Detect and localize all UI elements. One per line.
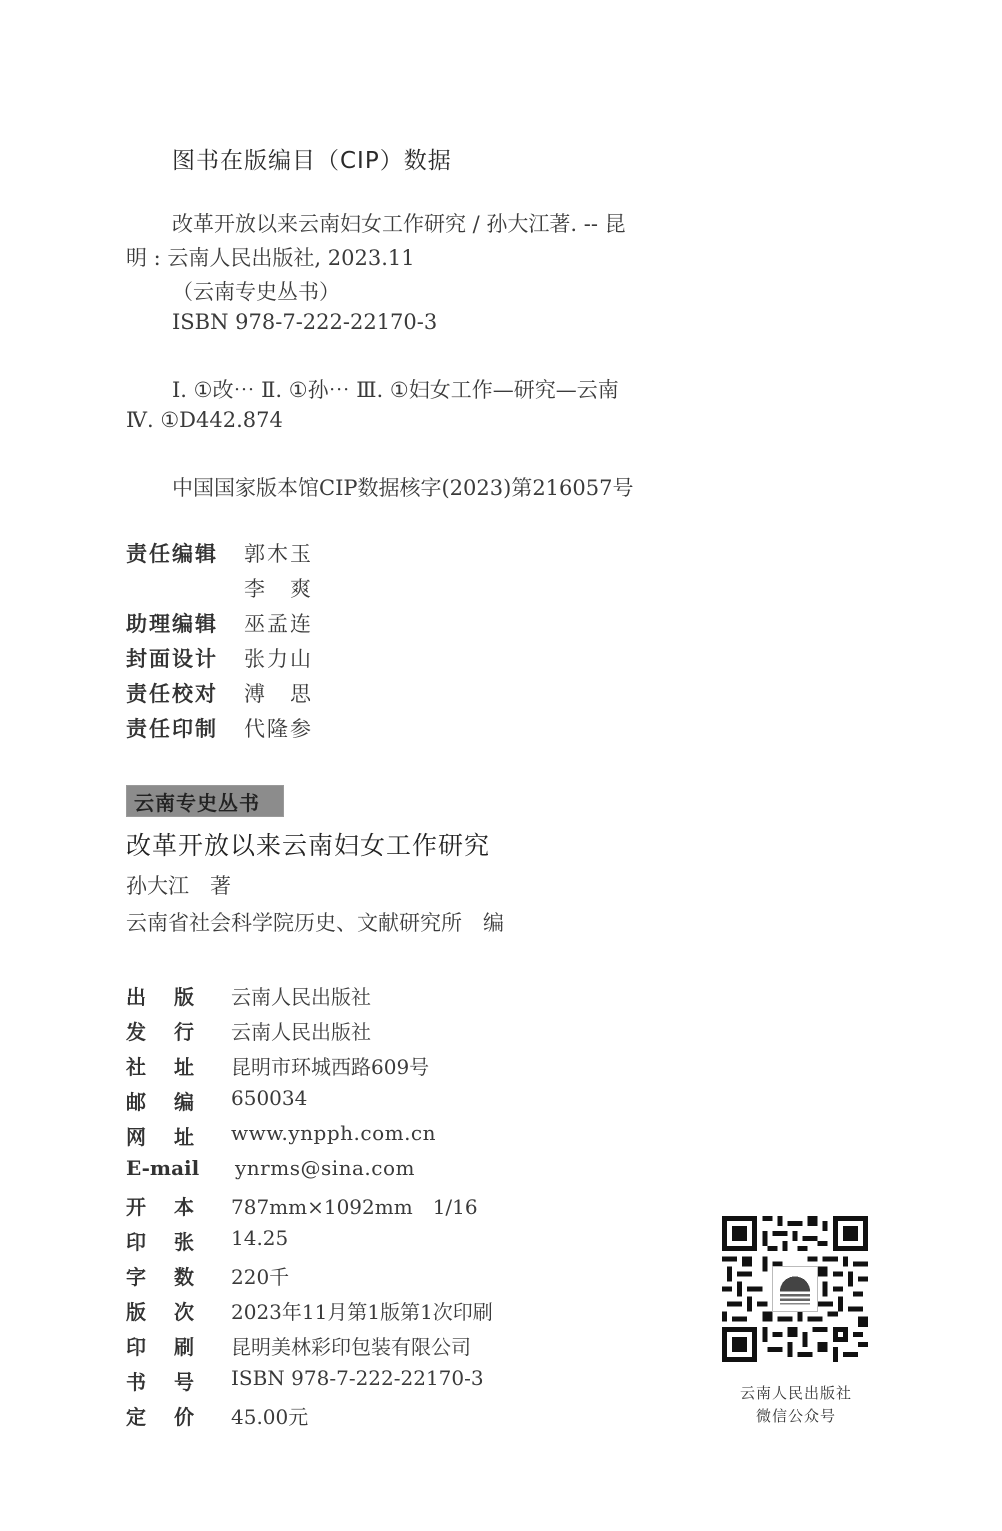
info-label: 版次 <box>126 1296 194 1325</box>
credit-name: 张力山 <box>244 643 313 673</box>
info-label: 发行 <box>126 1016 194 1045</box>
info-value: 45.00元 <box>231 1401 308 1430</box>
info-label: 开本 <box>126 1191 194 1220</box>
info-value: ISBN 978-7-222-22170-3 <box>231 1366 484 1390</box>
info-value: 650034 <box>231 1086 307 1110</box>
info-label: 社址 <box>126 1051 194 1080</box>
info-label: E-mail <box>126 1156 199 1180</box>
info-value: 昆明美林彩印包装有限公司 <box>231 1331 471 1360</box>
book-title: 改革开放以来云南妇女工作研究 <box>126 826 490 862</box>
info-value: 云南人民出版社 <box>231 1016 371 1045</box>
cip-record-line1: 改革开放以来云南妇女工作研究 / 孙大江著. -- 昆 <box>172 208 626 238</box>
info-value: 220千 <box>231 1261 289 1290</box>
credit-label: 责任编辑 <box>126 538 218 568</box>
info-label: 定价 <box>126 1401 194 1430</box>
credit-name: 巫孟连 <box>244 608 313 638</box>
cip-heading: 图书在版编目（CIP）数据 <box>172 142 452 175</box>
cip-verification: 中国国家版本馆CIP数据核字(2023)第216057号 <box>172 472 634 502</box>
website-link: www.ynpph.com.cn <box>231 1121 436 1145</box>
info-label: 印张 <box>126 1226 194 1255</box>
credit-label: 责任印制 <box>126 713 218 743</box>
info-value: 14.25 <box>231 1226 288 1250</box>
credit-name: 李 爽 <box>244 573 313 603</box>
qr-code-icon[interactable] <box>722 1216 868 1362</box>
info-value: 2023年11月第1版第1次印刷 <box>231 1296 493 1325</box>
credit-label: 助理编辑 <box>126 608 218 638</box>
credit-label: 责任校对 <box>126 678 218 708</box>
info-label: 字数 <box>126 1261 194 1290</box>
email-link: ynrms@sina.com <box>235 1156 415 1180</box>
series-badge: 云南专史丛书 <box>134 787 260 816</box>
book-author: 孙大江 著 <box>126 870 231 900</box>
qr-caption-line1: 云南人民出版社 <box>716 1382 876 1403</box>
info-label: 书号 <box>126 1366 194 1395</box>
qr-caption-line2: 微信公众号 <box>716 1405 876 1426</box>
info-label: 网址 <box>126 1121 194 1150</box>
cip-subject-line1: Ⅰ. ①改⋯ Ⅱ. ①孙⋯ Ⅲ. ①妇女工作—研究—云南 <box>172 374 619 404</box>
info-label: 出版 <box>126 981 194 1010</box>
cip-subject-line2: Ⅳ. ①D442.874 <box>126 408 283 432</box>
credit-name: 郭木玉 <box>244 538 313 568</box>
cip-isbn: ISBN 978-7-222-22170-3 <box>172 310 437 334</box>
credit-name: 溥 思 <box>244 678 313 708</box>
credit-name: 代隆参 <box>244 713 313 743</box>
cip-record-line2: 明 : 云南人民出版社, 2023.11 <box>126 242 415 272</box>
info-label: 邮编 <box>126 1086 194 1115</box>
info-label: 印刷 <box>126 1331 194 1360</box>
book-editor: 云南省社会科学院历史、文献研究所 编 <box>126 907 504 937</box>
info-value: 787mm×1092mm 1/16 <box>231 1191 478 1220</box>
info-value: 昆明市环城西路609号 <box>231 1051 429 1080</box>
info-value: 云南人民出版社 <box>231 981 371 1010</box>
credit-label: 封面设计 <box>126 643 218 673</box>
cip-series-note: （云南专史丛书） <box>172 276 340 306</box>
